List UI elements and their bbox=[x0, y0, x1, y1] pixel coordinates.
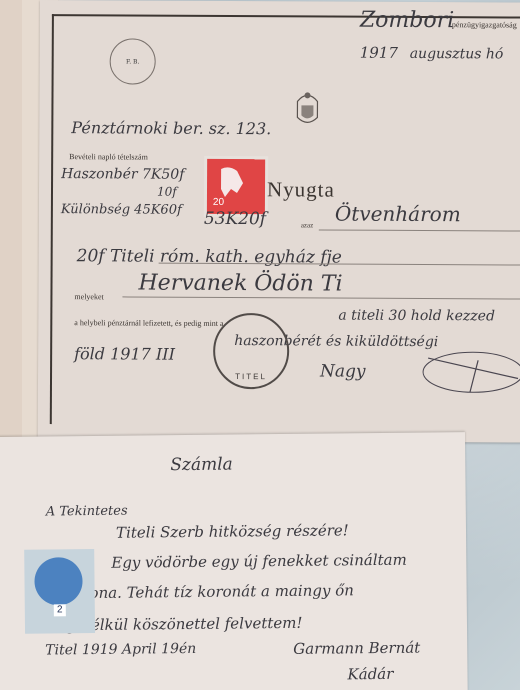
journal-entry-1: Haszonbér 7K50f bbox=[61, 166, 184, 183]
svg-text:20: 20 bbox=[213, 197, 225, 208]
coat-of-arms-icon bbox=[289, 87, 325, 129]
journal-label: Bevételi napló tételszám bbox=[69, 152, 148, 161]
signature-flourish-icon bbox=[418, 342, 520, 403]
land-line: föld 1917 III bbox=[74, 344, 175, 364]
invoice-line-2: Egy vödörbe egy új fenekket csináltam bbox=[111, 551, 407, 572]
left-document-edge bbox=[0, 0, 24, 440]
invoice-title: Számla bbox=[170, 455, 233, 476]
invoice-date: Titel 1919 April 19én bbox=[45, 641, 196, 659]
payer-name: Hervanek Ödön Ti bbox=[138, 271, 342, 297]
journal-entry-3: Különbség 45K60f bbox=[61, 202, 182, 218]
invoice-salutation: A Tekintetes bbox=[46, 504, 128, 520]
invoice-signature-title: Kádár bbox=[347, 665, 393, 683]
journal-entry-2: 10f bbox=[157, 185, 177, 199]
header-month: augusztus hó bbox=[410, 46, 504, 62]
paid-label: a helybeli pénztárnál lefizetett, és ped… bbox=[74, 318, 223, 328]
signature: Nagy bbox=[320, 361, 366, 381]
stamp-emblem-icon bbox=[34, 557, 83, 606]
header-place: Zombori bbox=[360, 8, 454, 33]
invoice-signature-name: Garmann Bernát bbox=[293, 639, 420, 658]
reference-line: Pénztárnoki ber. sz. 123. bbox=[71, 118, 271, 138]
office-stamp-circle: F. B. bbox=[110, 38, 156, 84]
purpose: a titeli 30 hold kezzed bbox=[338, 308, 495, 325]
titel-seal: TITEL bbox=[213, 313, 289, 389]
horseman-icon: 20 bbox=[207, 159, 259, 208]
stamp-value: 2 bbox=[54, 604, 66, 616]
revenue-stamp-blue: 2 bbox=[24, 549, 95, 634]
seal-text: TITEL bbox=[215, 372, 287, 381]
receipt-document: F. B. Zombori pénzügyigazgatóság 1917 au… bbox=[38, 0, 520, 443]
header-year: 1917 bbox=[360, 44, 398, 62]
melyeket-label: melyeket bbox=[74, 292, 103, 301]
receipt-title: Nyugta bbox=[267, 177, 335, 202]
office-stamp-initials: F. B. bbox=[126, 58, 139, 65]
header-office: pénzügyigazgatóság bbox=[452, 20, 517, 29]
amount-numeric: 53K20f bbox=[204, 209, 266, 229]
invoice-document: Számla A Tekintetes Titeli Szerb hitközs… bbox=[0, 432, 468, 690]
amount-words: Ötvenhárom bbox=[335, 202, 461, 227]
invoice-line-1: Titeli Szerb hitközség részére! bbox=[116, 521, 349, 541]
azaz-label: azaz bbox=[301, 221, 313, 229]
